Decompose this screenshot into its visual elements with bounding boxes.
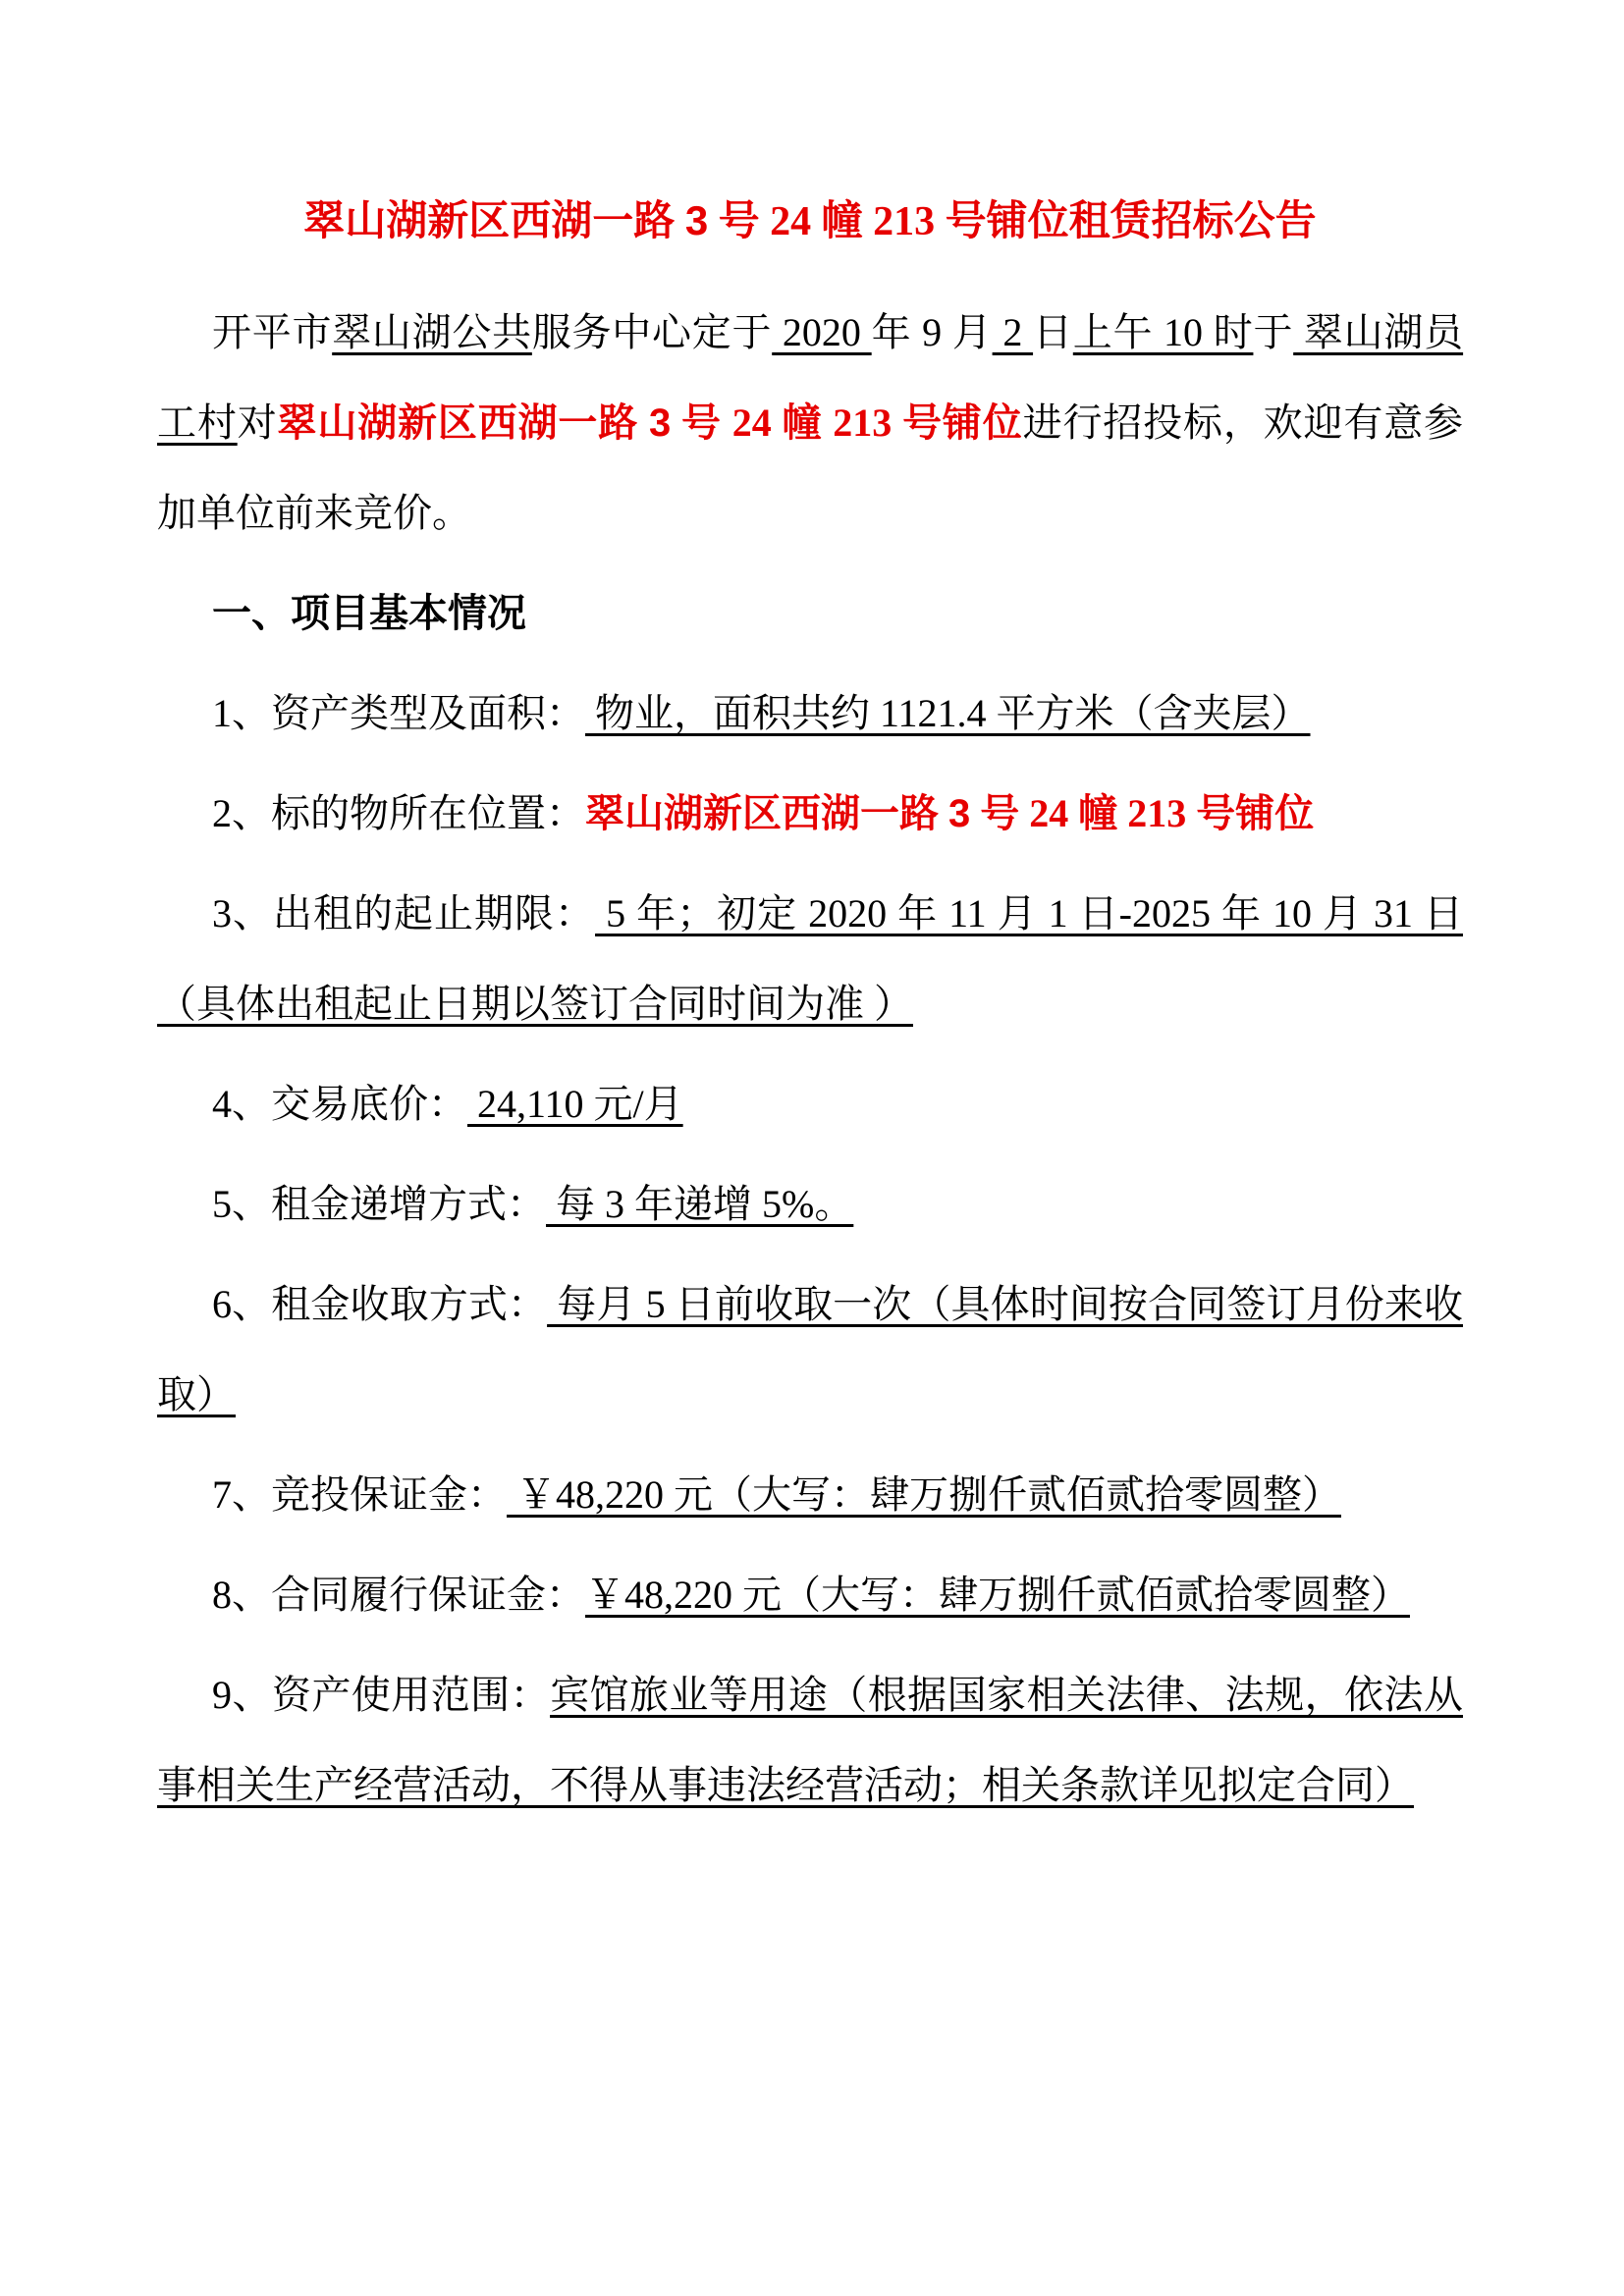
- intro-run-property-name: 号 24 幢 213 号铺位: [671, 400, 1022, 445]
- intro-run-time: 上午 10 时: [1073, 310, 1254, 354]
- section-heading-text: 一、项目基本情况: [212, 591, 526, 635]
- item-6-rent-collection: 6、租金收取方式： 每月 5 日前收取一次（具体时间按合同签订月份来收取）: [157, 1259, 1463, 1440]
- item-value: ￥48,220 元（大写：肆万捌仟贰佰贰拾零圆整）: [585, 1573, 1410, 1617]
- item-label: 2、标的物所在位置：: [212, 791, 585, 835]
- title-run-number: 3: [685, 197, 708, 243]
- item-value-property-name: 翠山湖新区西湖一路: [585, 791, 948, 835]
- item-value: ￥48,220 元（大写：肆万捌仟贰佰贰拾零圆整）: [507, 1472, 1341, 1517]
- item-value: 物业，面积共约 1121.4 平方米（含夹层）: [585, 691, 1311, 735]
- intro-run: 于: [1253, 310, 1293, 354]
- item-label: 4、交易底价：: [212, 1082, 467, 1126]
- item-label: 3、出租的起止期限：: [212, 891, 595, 935]
- intro-run-date-year: 2020: [772, 310, 871, 354]
- item-label: 9、资产使用范围：: [212, 1673, 550, 1717]
- item-label: 8、合同履行保证金：: [212, 1573, 585, 1617]
- item-5-rent-increase: 5、租金递增方式： 每 3 年递增 5%。: [157, 1159, 1463, 1250]
- item-value-property-number: 3: [948, 792, 970, 835]
- item-label: 6、租金收取方式：: [212, 1282, 547, 1326]
- intro-run-underlined: 翠山湖公共: [332, 310, 532, 354]
- intro-run: 年 9 月: [872, 310, 993, 354]
- intro-run-date-day: 2: [993, 310, 1033, 354]
- item-label: 1、资产类型及面积：: [212, 691, 585, 735]
- title-run: 翠山湖新区西湖一路: [303, 199, 685, 244]
- intro-run-property-number: 3: [649, 401, 671, 445]
- intro-run: 日: [1033, 310, 1073, 354]
- intro-run: 对: [238, 400, 278, 445]
- intro-run: 开平市: [212, 310, 332, 354]
- intro-run: 服务中心定于: [532, 310, 772, 354]
- item-1-asset-type: 1、资产类型及面积： 物业，面积共约 1121.4 平方米（含夹层）: [157, 668, 1463, 759]
- item-3-lease-term: 3、出租的起止期限： 5 年；初定 2020 年 11 月 1 日-2025 年…: [157, 869, 1463, 1049]
- item-value: 每 3 年递增 5%。: [546, 1182, 853, 1226]
- item-label: 7、竞投保证金：: [212, 1472, 507, 1517]
- item-value: 24,110 元/月: [467, 1082, 683, 1126]
- item-label: 5、租金递增方式：: [212, 1182, 546, 1226]
- page-title: 翠山湖新区西湖一路 3 号 24 幢 213 号铺位租赁招标公告: [157, 182, 1463, 262]
- item-7-bid-deposit: 7、竞投保证金： ￥48,220 元（大写：肆万捌仟贰佰贰拾零圆整）: [157, 1450, 1463, 1540]
- section-heading: 一、项目基本情况: [157, 568, 1463, 659]
- item-2-location: 2、标的物所在位置：翠山湖新区西湖一路 3 号 24 幢 213 号铺位: [157, 769, 1463, 859]
- title-run: 号 24 幢 213 号铺位租赁招标公告: [708, 199, 1317, 244]
- intro-run-property-name: 翠山湖新区西湖一路: [278, 400, 649, 445]
- intro-paragraph: 开平市翠山湖公共服务中心定于 2020 年 9 月 2 日上午 10 时于 翠山…: [157, 288, 1463, 559]
- item-9-usage-scope: 9、资产使用范围：宾馆旅业等用途（根据国家相关法律、法规，依法从事相关生产经营活…: [157, 1650, 1463, 1831]
- item-4-base-price: 4、交易底价： 24,110 元/月: [157, 1059, 1463, 1149]
- item-8-performance-deposit: 8、合同履行保证金：￥48,220 元（大写：肆万捌仟贰佰贰拾零圆整）: [157, 1550, 1463, 1640]
- document-page: 翠山湖新区西湖一路 3 号 24 幢 213 号铺位租赁招标公告 开平市翠山湖公…: [0, 0, 1624, 2296]
- item-value-property-name: 号 24 幢 213 号铺位: [970, 791, 1314, 835]
